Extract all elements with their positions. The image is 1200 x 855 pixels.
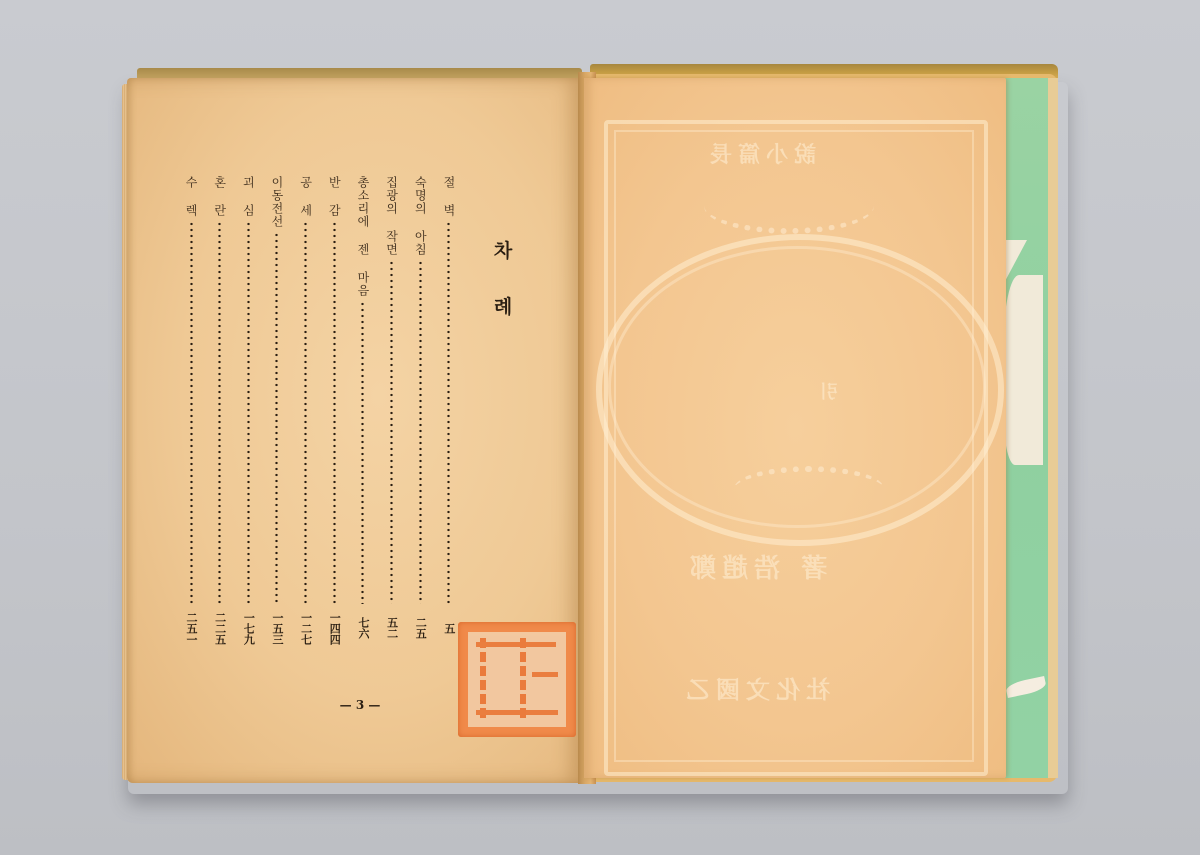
toc-entry-title: 혼 란: [213, 176, 227, 217]
toc-entry-title: 집광의 작면: [385, 176, 399, 256]
dot-leader: [190, 221, 193, 604]
toc-entry-title: 공 세: [299, 176, 313, 217]
dot-leader: [333, 221, 336, 604]
garland-bottom: [734, 466, 884, 512]
show-through-author: 著 浩趙鄭: [684, 548, 827, 585]
toc-entry-page: 一四四: [328, 610, 340, 646]
seal-stroke: [476, 642, 556, 647]
dot-leader: [390, 260, 393, 604]
toc-entry: 숙명의 아침 二五: [409, 176, 431, 646]
dot-leader: [218, 221, 221, 604]
seal-stroke: [532, 672, 558, 677]
toc-entry: 공 세 一二七: [295, 176, 317, 646]
toc-title-char: 차: [494, 240, 512, 296]
tissue-interleaf: 說小篇長 引 著 浩趙鄭 社化文國乙: [584, 78, 1006, 778]
toc-entry: 수 렉 二五一: [180, 176, 202, 646]
show-through-book-title: 引: [814, 378, 838, 404]
seal-inner: [468, 632, 566, 727]
toc-entry-page: 二五一: [185, 610, 197, 646]
show-through-series-title: 說小篇長: [704, 138, 816, 169]
show-through-publisher: 社化文國乙: [680, 670, 830, 705]
red-seal-stamp: [458, 622, 576, 737]
dot-leader: [247, 221, 250, 604]
toc-entry: 총소리에 젠 마음 七六: [352, 176, 374, 646]
toc-entry-page: 一七九: [242, 610, 254, 646]
garland-top: [704, 178, 874, 234]
toc-entry-page: 一五三: [271, 610, 283, 646]
toc-entry-title: 이동전선: [270, 176, 284, 228]
dot-leader: [304, 221, 307, 604]
toc-entry-page: 五: [443, 610, 455, 646]
toc-entry-title: 총소리에 젠 마음: [356, 176, 370, 297]
dot-leader: [361, 301, 364, 604]
toc-entry-page: 七六: [357, 610, 369, 646]
toc-entry-title: 반 감: [327, 176, 341, 217]
toc-entry-title: 수 렉: [184, 176, 198, 217]
toc-entry-page: 二五: [414, 610, 426, 646]
toc-entry-title: 괴 심: [241, 176, 255, 217]
toc-entry: 절 벽 五: [438, 176, 460, 646]
dot-leader: [447, 221, 450, 604]
page-number: — 3 —: [330, 698, 390, 712]
toc-entry: 반 감 一四四: [323, 176, 345, 646]
toc-title-char: 례: [494, 296, 512, 352]
dot-leader: [419, 260, 422, 604]
toc-entry-page: 二二五: [214, 610, 226, 646]
toc-entry: 혼 란 二二五: [209, 176, 231, 646]
toc-entry-page: 一二七: [300, 610, 312, 646]
toc-entry: 이동전선 一五三: [266, 176, 288, 646]
open-book: 차 례 절 벽 五 숙명의 아침 二五 집광의 작면 五二 총소리에 젠 마음 …: [0, 0, 1200, 855]
toc-entry-page: 五二: [386, 610, 398, 646]
toc-entry: 집광의 작면 五二: [381, 176, 403, 646]
seal-stroke: [476, 710, 558, 715]
toc-entry-title: 숙명의 아침: [413, 176, 427, 256]
cover-white-figure: [1003, 275, 1043, 465]
toc-title: 차 례: [490, 240, 516, 352]
toc-entry: 괴 심 一七九: [237, 176, 259, 646]
toc-entry-title: 절 벽: [442, 176, 456, 217]
dot-leader: [275, 232, 278, 604]
table-of-contents: 절 벽 五 숙명의 아침 二五 집광의 작면 五二 총소리에 젠 마음 七六 반…: [180, 176, 460, 646]
